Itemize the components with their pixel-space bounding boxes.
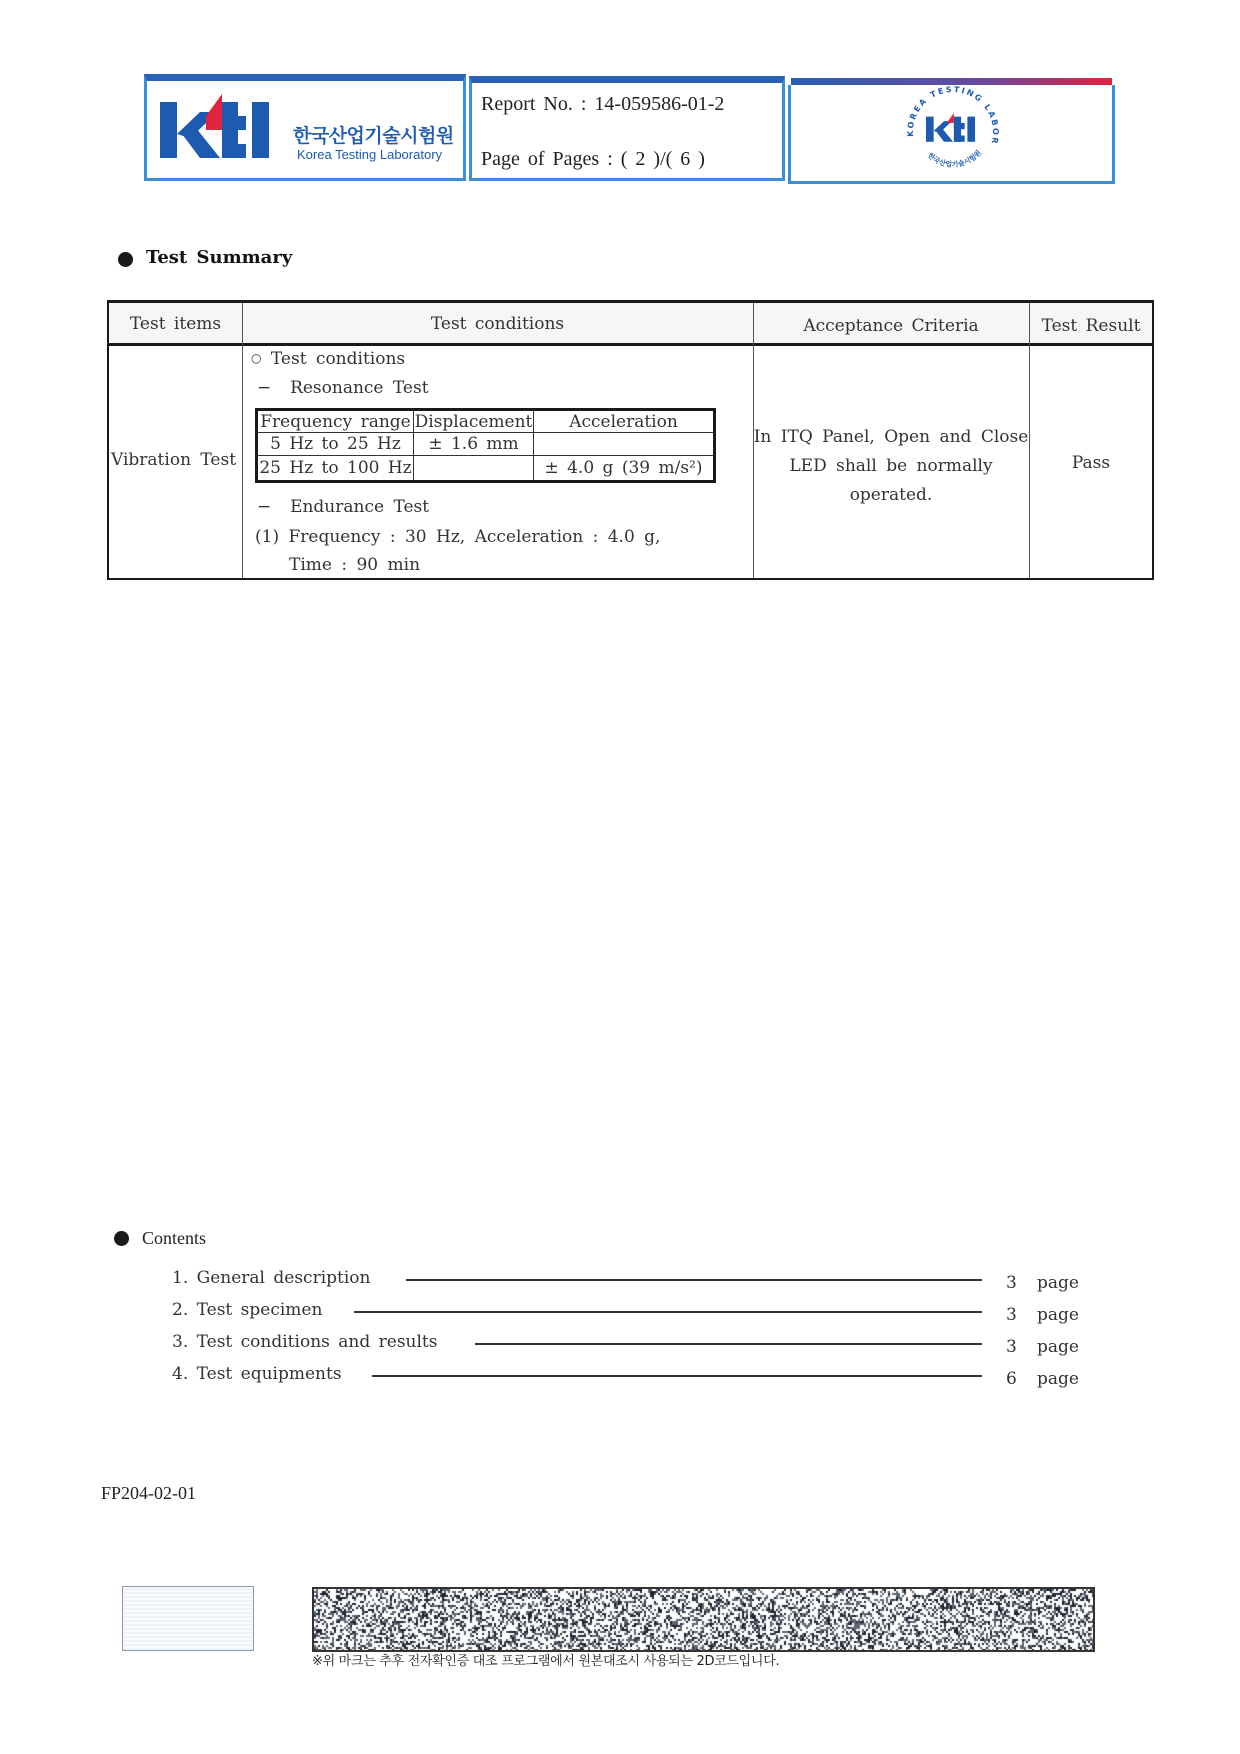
page-of-pages: Page of Pages : ( 2 )/( 6 )	[481, 148, 705, 171]
endurance-test-label: − Endurance Test	[257, 497, 429, 517]
toc-leader-line	[475, 1343, 982, 1345]
toc-item-general-description[interactable]: 1. General description	[172, 1268, 370, 1288]
toc-item-test-conditions-results[interactable]: 3. Test conditions and results	[172, 1332, 438, 1352]
bullet-icon	[114, 1231, 129, 1246]
barcode-note: ※위 마크는 추후 전자확인증 대조 프로그램에서 원본대조시 사용되는 2D코…	[312, 1650, 779, 1669]
resonance-table: Frequency range Displacement Acceleratio…	[255, 408, 716, 483]
logo-korean-name: 한국산업기술시험원	[293, 121, 454, 148]
resonance-test-label: − Resonance Test	[257, 378, 429, 398]
test-result-pass: Pass	[1029, 453, 1153, 473]
resonance-table-row: 5 Hz to 25 Hz ± 1.6 mm	[258, 433, 713, 456]
bullet-icon	[118, 252, 133, 267]
column-header-test-result: Test Result	[1029, 305, 1153, 346]
form-code: FP204-02-01	[101, 1483, 196, 1504]
toc-leader-line	[354, 1311, 982, 1313]
column-header-test-items: Test items	[109, 303, 242, 344]
toc-item-test-specimen[interactable]: 2. Test specimen	[172, 1300, 322, 1320]
2d-barcode	[312, 1587, 1095, 1652]
contents-title: Contents	[142, 1228, 206, 1249]
test-summary-title: Test Summary	[146, 247, 292, 268]
stamp-placeholder-box	[122, 1586, 254, 1651]
column-header-test-conditions: Test conditions	[242, 303, 753, 344]
column-header-acceptance-criteria: Acceptance Criteria	[753, 305, 1029, 346]
test-item-vibration: Vibration Test	[111, 450, 236, 470]
logo-english-name: Korea Testing Laboratory	[297, 147, 442, 162]
ktl-logo-icon	[160, 94, 280, 160]
resonance-table-row: 25 Hz to 100 Hz ± 4.0 g (39 m/s²)	[258, 456, 713, 480]
acceptance-criteria-text: In ITQ Panel, Open and Close LED shall b…	[753, 423, 1029, 510]
svg-text:한국산업기술시험원: 한국산업기술시험원	[926, 148, 983, 169]
toc-leader-line	[406, 1279, 982, 1281]
endurance-test-line-2: Time : 90 min	[289, 555, 420, 575]
2d-barcode-pattern	[314, 1589, 1093, 1650]
endurance-test-line-1: (1) Frequency : 30 Hz, Acceleration : 4.…	[255, 527, 660, 547]
report-number: Report No. : 14-059586-01-2	[481, 93, 724, 116]
toc-leader-line	[372, 1375, 982, 1377]
toc-item-test-equipments[interactable]: 4. Test equipments	[172, 1364, 342, 1384]
ktl-seal-icon: KOREA TESTING LABORATORY 한국산업기술시험원	[900, 83, 1004, 175]
resonance-table-header: Frequency range Displacement Acceleratio…	[258, 411, 713, 433]
conditions-heading: ○ Test conditions	[251, 349, 405, 369]
svg-text:KOREA TESTING LABORATORY: KOREA TESTING LABORATORY	[900, 83, 1000, 146]
